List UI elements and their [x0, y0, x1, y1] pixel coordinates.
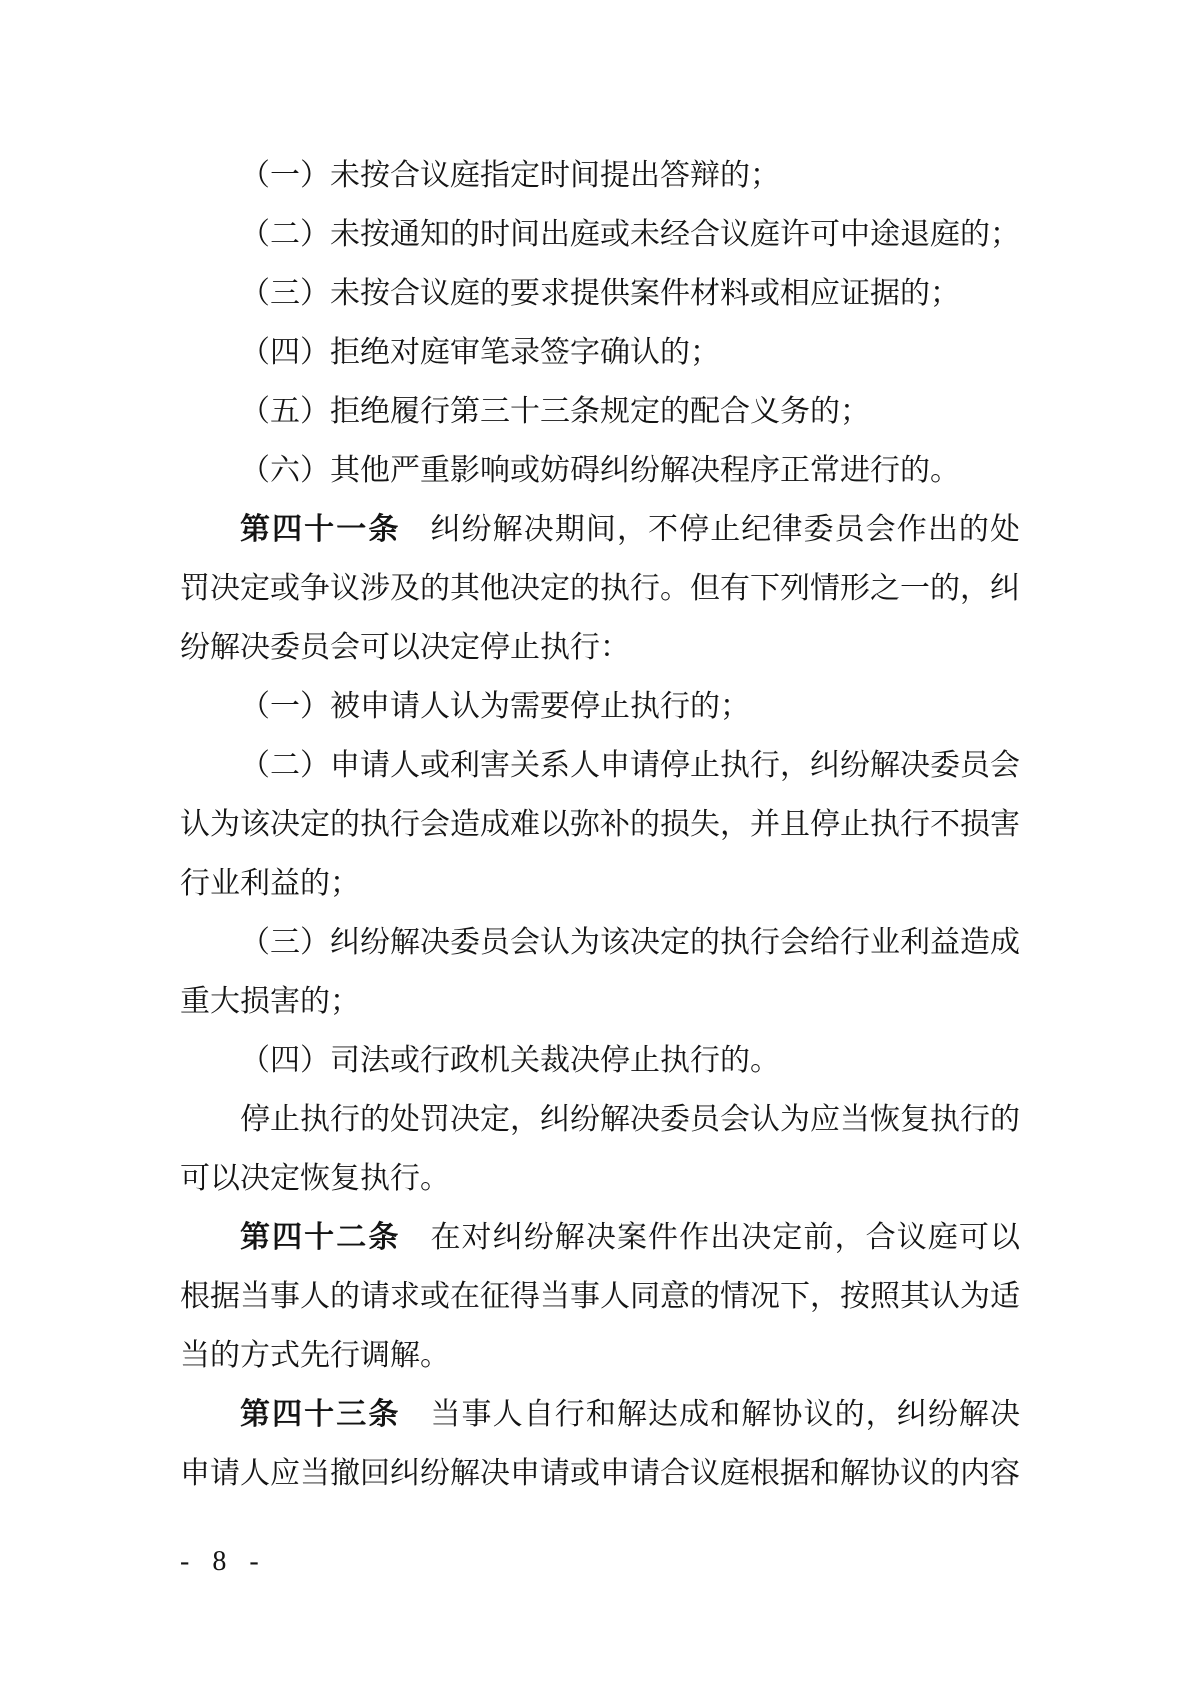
- clause-text: （三）纠纷解决委员会认为该决定的执行会给行业利益造成重大损害的；: [180, 926, 1020, 1018]
- plain-paragraph: 停止执行的处罚决定，纠纷解决委员会认为应当恢复执行的可以决定恢复执行。: [180, 1090, 1020, 1208]
- clause-text: （二）未按通知的时间出庭或未经合议庭许可中途退庭的；: [240, 218, 1020, 251]
- page-number: - 8 -: [180, 1545, 265, 1579]
- document-body: （一）未按合议庭指定时间提出答辩的； （二）未按通知的时间出庭或未经合议庭许可中…: [180, 146, 1020, 1503]
- clause-text: （五）拒绝履行第三十三条规定的配合义务的；: [240, 395, 870, 428]
- clause-text: （二）申请人或利害关系人申请停止执行，纠纷解决委员会认为该决定的执行会造成难以弥…: [180, 749, 1020, 900]
- clause-item: （四）司法或行政机关裁决停止执行的。: [180, 1031, 1020, 1090]
- document-page: （一）未按合议庭指定时间提出答辩的； （二）未按通知的时间出庭或未经合议庭许可中…: [0, 0, 1190, 1683]
- clause-item: （三）未按合议庭的要求提供案件材料或相应证据的；: [180, 264, 1020, 323]
- paragraph-text: 停止执行的处罚决定，纠纷解决委员会认为应当恢复执行的可以决定恢复执行。: [180, 1103, 1020, 1195]
- article-41: 第四十一条纠纷解决期间，不停止纪律委员会作出的处罚决定或争议涉及的其他决定的执行…: [180, 500, 1020, 677]
- clause-item: （六）其他严重影响或妨碍纠纷解决程序正常进行的。: [180, 441, 1020, 500]
- clause-text: （一）未按合议庭指定时间提出答辩的；: [240, 159, 780, 192]
- clause-text: （三）未按合议庭的要求提供案件材料或相应证据的；: [240, 277, 960, 310]
- clause-text: （一）被申请人认为需要停止执行的；: [240, 690, 750, 723]
- article-number: 第四十二条: [240, 1221, 400, 1254]
- clause-item: （二）未按通知的时间出庭或未经合议庭许可中途退庭的；: [180, 205, 1020, 264]
- clause-item: （一）未按合议庭指定时间提出答辩的；: [180, 146, 1020, 205]
- clause-text: （六）其他严重影响或妨碍纠纷解决程序正常进行的。: [240, 454, 960, 487]
- clause-item: （四）拒绝对庭审笔录签字确认的；: [180, 323, 1020, 382]
- article-number: 第四十三条: [240, 1398, 400, 1431]
- clause-item: （五）拒绝履行第三十三条规定的配合义务的；: [180, 382, 1020, 441]
- clause-text: （四）拒绝对庭审笔录签字确认的；: [240, 336, 720, 369]
- article-number: 第四十一条: [240, 513, 400, 546]
- clause-item: （三）纠纷解决委员会认为该决定的执行会给行业利益造成重大损害的；: [180, 913, 1020, 1031]
- article-42: 第四十二条在对纠纷解决案件作出决定前，合议庭可以根据当事人的请求或在征得当事人同…: [180, 1208, 1020, 1385]
- clause-text: （四）司法或行政机关裁决停止执行的。: [240, 1044, 780, 1077]
- clause-item: （一）被申请人认为需要停止执行的；: [180, 677, 1020, 736]
- article-43: 第四十三条当事人自行和解达成和解协议的，纠纷解决申请人应当撤回纠纷解决申请或申请…: [180, 1385, 1020, 1503]
- clause-item: （二）申请人或利害关系人申请停止执行，纠纷解决委员会认为该决定的执行会造成难以弥…: [180, 736, 1020, 913]
